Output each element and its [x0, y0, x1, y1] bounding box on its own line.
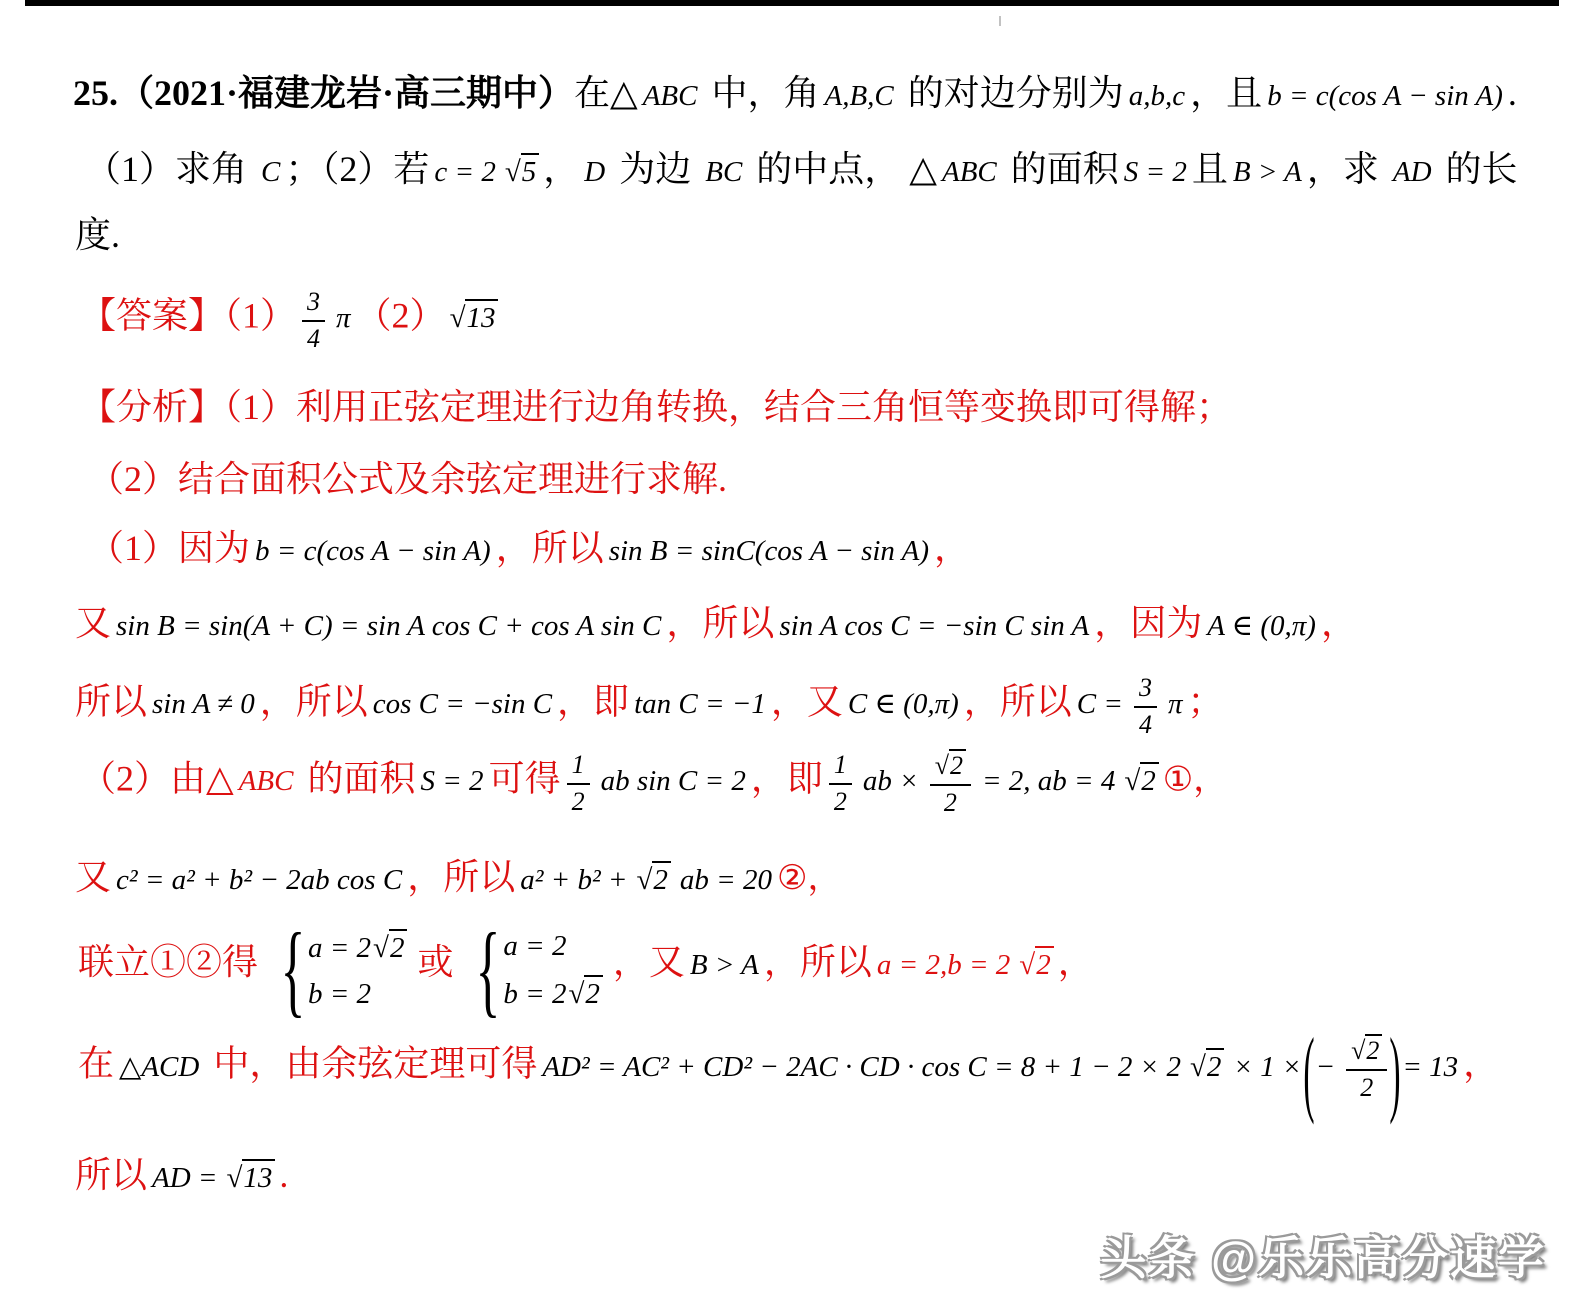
minus-sign: − [1316, 1051, 1336, 1083]
denominator: 4 [1134, 708, 1157, 741]
problem-number-source: 25.（2021·福建龙岩·高三期中） [73, 73, 574, 113]
math-run: S = 2 [1124, 156, 1187, 188]
text-run: 或 [417, 942, 453, 982]
big-right-paren: ) [1390, 1036, 1401, 1108]
text-run: 的面积 [1002, 149, 1119, 189]
math-run: b = 2 [308, 978, 371, 1010]
math-run: AD [1393, 156, 1432, 188]
answer-line: 【答案】（1）34π（2）√13 [80, 290, 502, 357]
math-run: c = 2 [434, 156, 495, 188]
math-run: C [261, 156, 280, 188]
text-run: 可得 [489, 758, 561, 798]
text-run: ，因为 [1094, 603, 1202, 643]
text-run: ，所以 [496, 528, 604, 568]
math-run: c² = a² + b² − 2ab cos C [116, 864, 402, 896]
math-run: A ∈ (0,π) [1207, 610, 1316, 642]
numerator: 3 [302, 287, 325, 322]
radical-sign: √ [505, 156, 521, 188]
solution-line-1: （1）因为b = c(cos A − sin A)，所以sin B = sinC… [88, 527, 970, 569]
solution-line-2: 又sin B = sin(A + C) = sin A cos C + cos … [75, 602, 1357, 644]
text-run: . [279, 1155, 288, 1195]
answer-part-2-label: （2） [356, 295, 446, 335]
case-row: b = 2 [308, 977, 408, 1011]
text-run: ；（2）若 [285, 149, 429, 189]
problem-statement-line-1: 25.（2021·福建龙岩·高三期中）在△ABC 中，角A,B,C 的对边分别为… [73, 72, 1517, 114]
sqrt-expression: √13 [227, 1159, 276, 1195]
sqrt-expression: √2 [636, 861, 670, 897]
denominator: 2 [829, 785, 852, 818]
math-run: × 1 × [1233, 1051, 1301, 1083]
radical-sign: √ [450, 302, 466, 334]
radical-sign: √ [1351, 1036, 1365, 1065]
numerator: 1 [829, 750, 852, 785]
math-run: a = 2 [503, 930, 566, 962]
solution-line-6: 联立①②得{a = 2√2b = 2或{a = 2b = 2√2，又B > A，… [78, 926, 1094, 1014]
solution-line-8: 所以AD =√13. [75, 1154, 288, 1196]
text-run: ，所以 [964, 681, 1072, 721]
circled-number-1: ①， [1163, 761, 1227, 798]
math-run-red: a = 2,b = 2 [877, 949, 1010, 981]
document-page: 25.（2021·福建龙岩·高三期中）在△ABC 中，角A,B,C 的对边分别为… [0, 0, 1584, 1299]
text-run: ， [1463, 1044, 1499, 1084]
case-row: a = 2√2 [308, 929, 408, 965]
fraction: 34 [302, 287, 325, 354]
radicand: 2 [1206, 1048, 1225, 1084]
sqrt-expression-red: √2 [1019, 946, 1053, 982]
text-run: ，所以 [764, 942, 872, 982]
analysis-line-2: （2）结合面积公式及余弦定理进行求解. [88, 458, 727, 500]
solution-line-3: 所以sin A ≠ 0，所以cos C = −sin C，即tan C = −1… [75, 676, 1224, 743]
text-run: （2）由△ [80, 758, 234, 798]
sqrt-expression: √2 [373, 929, 407, 965]
radicand: 2 [389, 929, 408, 965]
math-run: b = c(cos A − sin A) [255, 535, 491, 567]
solution-line-7: 在△ACD 中，由余弦定理可得AD² = AC² + CD² − 2AC · C… [78, 1036, 1499, 1108]
text-run: 所以 [75, 1155, 147, 1195]
math-run-red: ABC [239, 765, 294, 797]
math-run: π [336, 302, 351, 334]
math-run: b = 2 [503, 978, 566, 1010]
radical-sign: √ [568, 978, 584, 1010]
radical-sign: √ [227, 1162, 243, 1194]
cases-group-1: {a = 2√2b = 2 [268, 926, 407, 1014]
top-rule [25, 0, 1559, 6]
text-run: ，即 [557, 681, 629, 721]
math-run: C = [1077, 688, 1123, 720]
analysis-line-1: 【分析】（1）利用正弦定理进行边角转换，结合三角恒等变换即可得解； [80, 386, 1232, 428]
text-run: 为边 [610, 149, 700, 189]
radical-sign: √ [935, 751, 949, 780]
math-run: π [1168, 688, 1183, 720]
sqrt-expression: √2 [1190, 1048, 1224, 1084]
text-run: ， [1058, 942, 1094, 982]
math-run: cos C = −sin C [373, 688, 552, 720]
math-run: ab sin C = 2 [601, 765, 746, 797]
analysis-text: 【分析】（1）利用正弦定理进行边角转换，结合三角恒等变换即可得解； [80, 387, 1232, 427]
math-run: AD = [152, 1162, 217, 1194]
sqrt-expression: √2 [568, 975, 602, 1011]
math-run: sin B = sinC(cos A − sin A) [609, 535, 929, 567]
text-run: （1）因为 [88, 528, 250, 568]
radical-sign: √ [636, 864, 652, 896]
math-run: a² + b² + [520, 864, 627, 896]
math-run: AD² = AC² + CD² − 2AC · CD · cos C = 8 +… [542, 1051, 1181, 1083]
text-run: 又 [75, 857, 111, 897]
analysis-text: （2）结合面积公式及余弦定理进行求解. [88, 459, 727, 499]
case-row: b = 2√2 [503, 975, 603, 1011]
numerator: √2 [1346, 1034, 1387, 1071]
math-run: △ACD [119, 1051, 199, 1083]
text-run: 中，由余弦定理可得 [204, 1044, 537, 1084]
math-run: ABC [942, 156, 997, 188]
math-run: b = c(cos A − sin A) [1267, 80, 1503, 112]
sqrt-expression: √2 [935, 749, 966, 782]
problem-statement-line-2: （1）求角 C；（2）若c = 2√5，D 为边 BC 的中点， △ABC 的面… [85, 148, 1518, 190]
math-run: A,B,C [825, 80, 894, 112]
math-run: S = 2 [420, 765, 483, 797]
fraction: 12 [567, 750, 590, 817]
text-run: ，求 [1307, 149, 1388, 189]
radical-sign: √ [373, 932, 389, 964]
text-run: 的中点， △ [747, 149, 937, 189]
math-run: ab × [863, 765, 919, 797]
fraction: 34 [1134, 673, 1157, 740]
fraction: 12 [829, 750, 852, 817]
text-run: 联立①②得 [78, 942, 258, 982]
watermark: 头条 @乐乐高分速学 [1100, 1222, 1546, 1288]
math-run: ABC [643, 80, 698, 112]
numerator: √2 [930, 749, 971, 786]
math-run: B > A [690, 949, 759, 981]
text-run: 又 [75, 603, 111, 643]
text-run: ，所以 [260, 681, 368, 721]
text-run: . [1508, 73, 1517, 113]
sqrt-expression: √2 [1124, 762, 1158, 798]
text-run: ，所以 [666, 603, 774, 643]
denominator: 2 [567, 785, 590, 818]
math-run: D [584, 156, 605, 188]
radical-sign: √ [1124, 765, 1140, 797]
text-run: ， [934, 528, 970, 568]
radicand: 2 [1140, 762, 1159, 798]
cases-rows: a = 2√2b = 2 [308, 929, 408, 1011]
sqrt-expression: √13 [450, 299, 499, 335]
math-run: BC [705, 156, 742, 188]
math-run: B > A [1233, 156, 1302, 188]
text-run: 在 [78, 1044, 114, 1084]
sqrt-expression: √5 [505, 153, 539, 189]
text-run: ，且 [1190, 73, 1262, 113]
math-run: ab = 20 [680, 864, 772, 896]
denominator: 4 [302, 322, 325, 355]
text-run: ， [543, 149, 579, 189]
sqrt-expression: √2 [1351, 1034, 1382, 1067]
math-run: C ∈ (0,π) [848, 688, 959, 720]
radicand: 2 [584, 975, 603, 1011]
answer-label: 【答案】（1） [80, 295, 296, 335]
case-row: a = 2 [503, 929, 603, 963]
text-run: 中，角 [702, 73, 819, 113]
text-run: ，所以 [407, 857, 515, 897]
left-brace: { [476, 926, 501, 1014]
text-run: ，又 [613, 942, 685, 982]
math-run: sin A cos C = −sin C sin A [779, 610, 1089, 642]
left-brace: { [280, 926, 305, 1014]
text-run: ， [1321, 603, 1357, 643]
problem-statement-line-3: 度. [75, 214, 120, 256]
fraction-with-sqrt: √22 [930, 749, 971, 818]
text-run: 的长 [1437, 149, 1518, 189]
text-run: 度. [75, 215, 120, 255]
radicand: 13 [242, 1159, 275, 1195]
math-run: a,b,c [1129, 80, 1185, 112]
radical-sign: √ [1190, 1051, 1206, 1083]
numerator: 1 [567, 750, 590, 785]
math-run: a = 2 [308, 932, 371, 964]
solution-line-4: （2）由△ABC 的面积S = 2可得12ab sin C = 2，即12ab … [80, 752, 1227, 821]
text-run: 所以 [75, 681, 147, 721]
text-run: 在△ [574, 73, 638, 113]
math-run: = 2, ab = 4 [982, 765, 1115, 797]
math-run: sin B = sin(A + C) = sin A cos C + cos A… [116, 610, 661, 642]
solution-line-5: 又c² = a² + b² − 2ab cos C，所以a² + b² +√2a… [75, 856, 841, 899]
text-run: ，即 [751, 758, 823, 798]
text-run: ，又 [771, 681, 843, 721]
math-run: tan C = −1 [634, 688, 766, 720]
cases-rows: a = 2b = 2√2 [503, 929, 603, 1011]
denominator: 2 [1346, 1071, 1387, 1104]
scan-artifact-mark [999, 16, 1001, 26]
circled-number-2: ②， [777, 860, 841, 897]
radicand: 2 [949, 749, 966, 782]
fraction-with-sqrt: √22 [1346, 1034, 1387, 1103]
radicand: 2 [1035, 946, 1054, 982]
numerator: 3 [1134, 673, 1157, 708]
big-left-paren: ( [1303, 1036, 1314, 1108]
math-run: sin A ≠ 0 [152, 688, 255, 720]
radicand: 13 [465, 299, 498, 335]
radicand: 5 [521, 153, 540, 189]
radicand: 2 [652, 861, 671, 897]
math-run: = 13 [1402, 1051, 1458, 1083]
radical-sign: √ [1019, 949, 1035, 981]
radicand: 2 [1365, 1034, 1382, 1067]
text-run: 的面积 [298, 758, 415, 798]
cases-group-2: {a = 2b = 2√2 [463, 926, 602, 1014]
denominator: 2 [930, 786, 971, 819]
text-run: 且 [1192, 149, 1228, 189]
text-run: 的对边分别为 [899, 73, 1124, 113]
text-run: （1）求角 [85, 149, 256, 189]
text-run: ； [1188, 681, 1224, 721]
